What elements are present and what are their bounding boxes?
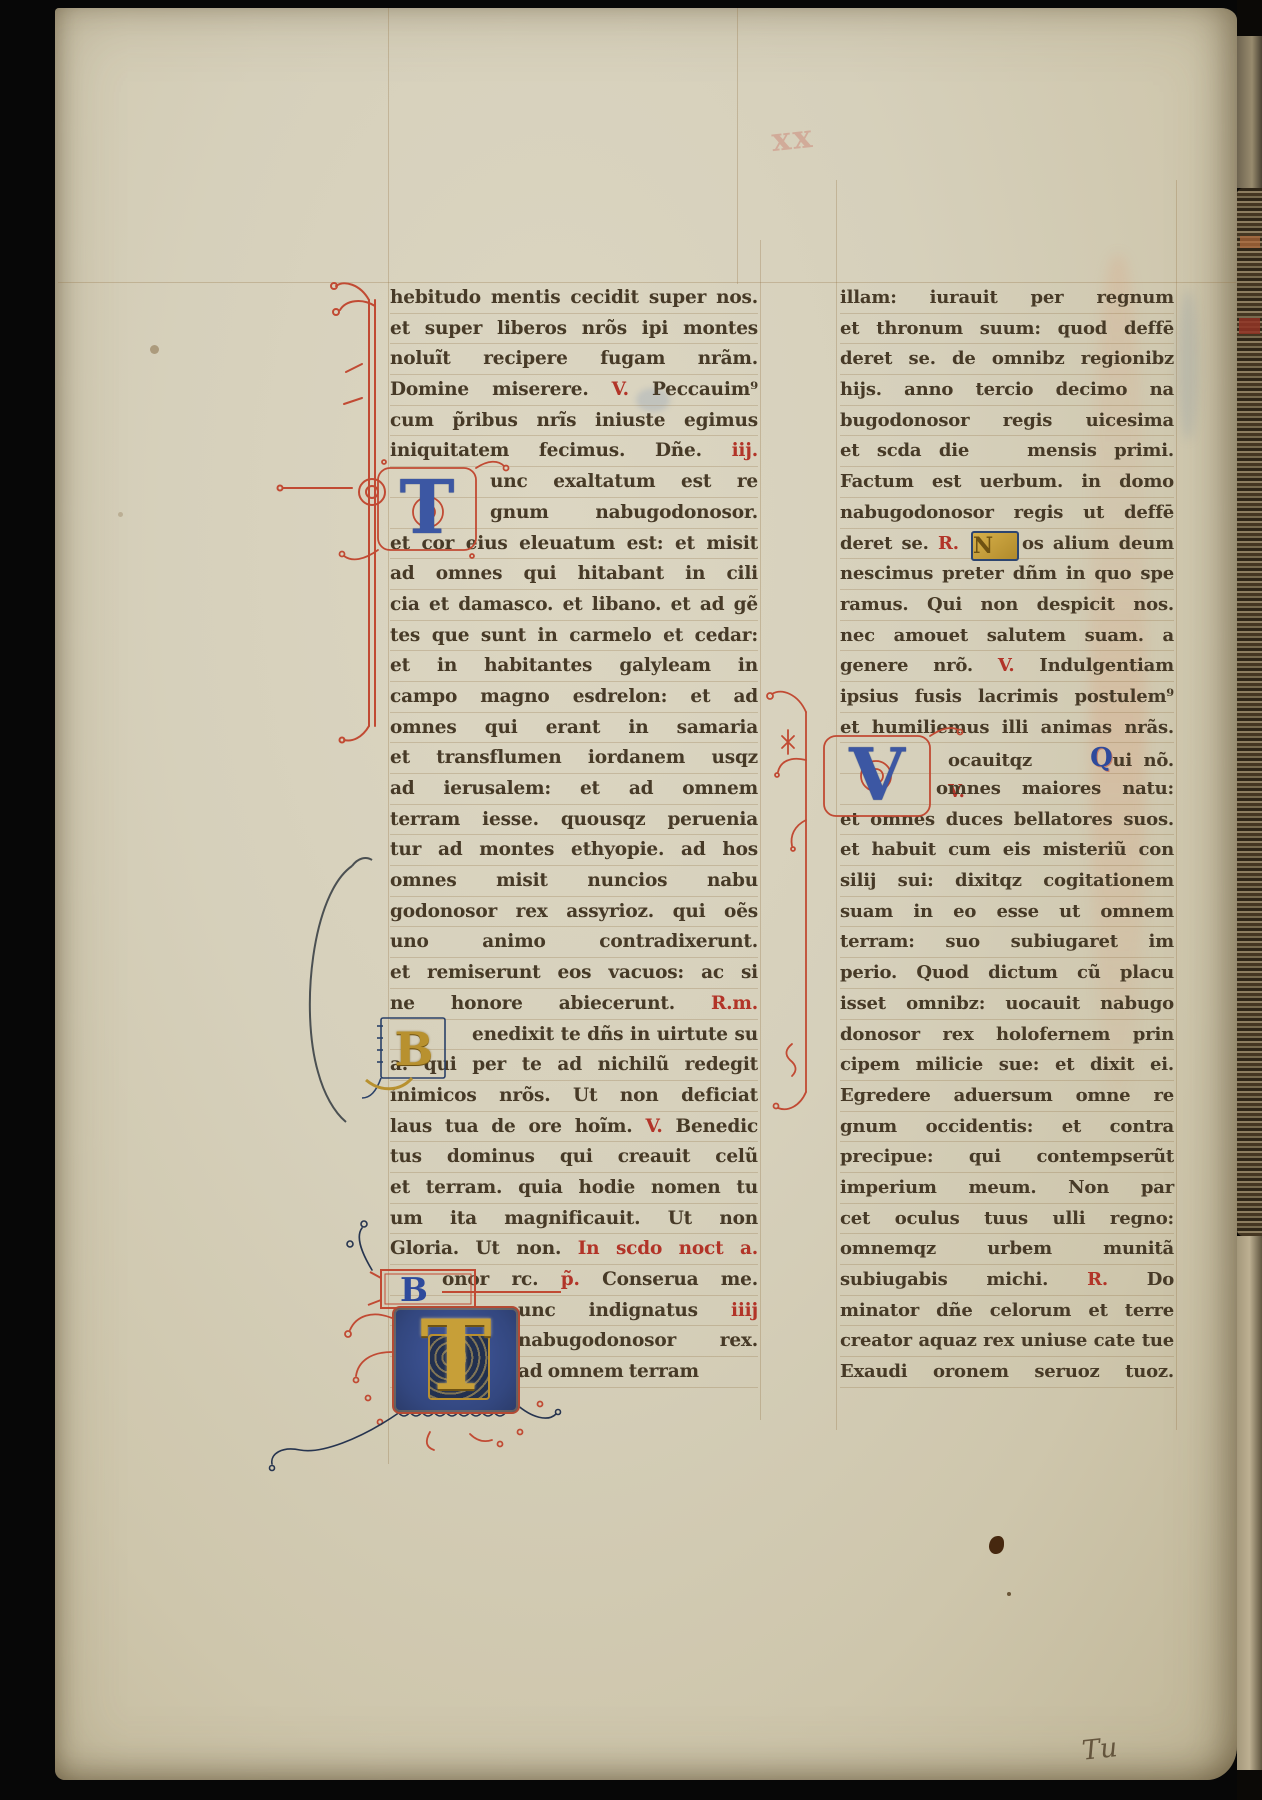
text-line: donosor rex holofernem prin — [840, 1020, 1174, 1051]
text-line: omnes qui erant in samaria — [390, 713, 758, 744]
text-line: a. qui per te ad nichilũ redegit — [390, 1050, 758, 1081]
rubric-text: In scdo noct a. — [578, 1238, 758, 1259]
text-line: campo magno esdrelon: et ad — [390, 682, 758, 713]
body-text: nescimus preter dñm in quo spe — [840, 563, 1174, 584]
rubric-text: iij. — [732, 440, 758, 461]
text-line: Factum est uerbum. in domo — [840, 467, 1174, 498]
text-line: ramus. Qui non despicit nos. — [840, 590, 1174, 621]
text-line: ne honore abiecerunt. R.m. — [390, 989, 758, 1020]
quire-mark: xx — [770, 115, 834, 167]
text-line: imperium meum. Non par — [840, 1173, 1174, 1204]
body-text: Gloria. Ut non. — [390, 1238, 578, 1259]
body-text: um ita magnificauit. Ut non — [390, 1208, 758, 1229]
rubric-text: iiij — [731, 1300, 758, 1321]
body-text: et remiserunt eos vacuos: ac si — [390, 962, 758, 983]
body-text: terram: suo subiugaret im — [840, 931, 1174, 952]
body-text: inimicos nrõs. Ut non deficiat — [390, 1085, 758, 1106]
text-line: deret se. R. Nos alium deum — [840, 529, 1174, 560]
text-line: deret se. de omnibz regionibz — [840, 344, 1174, 375]
body-text: ui nõ. — [1113, 750, 1174, 771]
body-text: creator aquaz rex uniuse cate tue — [840, 1330, 1174, 1351]
illuminated-initial-benedixit: B — [386, 1022, 442, 1076]
text-column-right: illam: iurauit per regnumet thronum suum… — [840, 283, 1174, 1388]
body-text: precipue: qui contempserũt — [840, 1146, 1174, 1167]
text-column-left: hebitudo mentis cecidit super nos.et sup… — [390, 283, 758, 1388]
text-line: et remiserunt eos vacuos: ac si — [390, 958, 758, 989]
body-text: N — [971, 531, 1019, 561]
text-line: tes que sunt in carmelo et cedar: — [390, 621, 758, 652]
text-line: Gloria. Ut non. In scdo noct a. — [390, 1234, 758, 1265]
body-text: Egredere aduersum omne re — [840, 1085, 1174, 1106]
body-text: ad omnes qui hitabant in cili — [390, 563, 758, 584]
text-line: iniquitatem fecimus. Dñe. iij. — [390, 436, 758, 467]
body-text: Conserua me. — [602, 1269, 758, 1290]
text-line: precipue: qui contempserũt — [840, 1142, 1174, 1173]
rubric-text: R.m. — [711, 993, 758, 1014]
initial-letter: T — [399, 465, 454, 551]
body-text: enedixit te dñs in uirtute su — [472, 1024, 758, 1045]
text-line: cipem milicie sue: et dixit ei. — [840, 1050, 1174, 1081]
body-text: ad omnem terram — [518, 1361, 699, 1382]
text-line: cet oculus tuus ulli regno: — [840, 1204, 1174, 1235]
rubric-text: V. — [612, 379, 652, 400]
body-text: ad ierusalem: et ad omnem — [390, 778, 758, 799]
body-text: uno animo contradixerunt. — [390, 931, 758, 952]
text-line: tus dominus qui creauit celũ — [390, 1142, 758, 1173]
body-text: Indulgentiam — [1039, 655, 1174, 676]
text-line: gnum occidentis: et contra — [840, 1112, 1174, 1143]
text-line: terram: suo subiugaret im — [840, 927, 1174, 958]
rubric-text: R. — [1087, 1269, 1147, 1290]
illuminated-initial-tunc: T — [376, 466, 478, 552]
body-text: a. qui per te ad nichilũ redegit — [390, 1054, 758, 1075]
body-text: hijs. anno tercio decimo na — [840, 379, 1174, 400]
body-text: Exaudi oronem seruoz tuoz. — [840, 1361, 1174, 1382]
body-text: iniquitatem fecimus. Dñe. — [390, 440, 732, 461]
text-line: ipsius fusis lacrimis postulem⁹ — [840, 682, 1174, 713]
text-line: ad omnes qui hitabant in cili — [390, 559, 758, 590]
body-text: tur ad montes ethyopie. ad hos — [390, 839, 758, 860]
text-line: um ita magnificauit. Ut non — [390, 1204, 758, 1235]
body-text: Benedic — [676, 1116, 758, 1137]
text-line: et terram. quia hodie nomen tu — [390, 1173, 758, 1204]
text-line: bugodonosor regis uicesima — [840, 406, 1174, 437]
body-text: godonosor rex assyrioz. qui oẽs — [390, 901, 758, 922]
ruling-line — [1176, 180, 1177, 1430]
fore-edge-pages — [1237, 0, 1262, 1800]
body-text: silij sui: dixitqz cogitationem — [840, 870, 1174, 891]
text-line: nec amouet salutem suam. a — [840, 621, 1174, 652]
body-text: nabugodonosor regis ut deffē — [840, 502, 1174, 523]
body-text: cet oculus tuus ulli regno: — [840, 1208, 1174, 1229]
text-line: et super liberos nrõs ipi montes — [390, 314, 758, 345]
body-text: omnemqz urbem munitã — [840, 1238, 1174, 1259]
text-line: Domine miserere. V. Peccauim⁹ — [390, 375, 758, 406]
body-text: et habuit cum eis misteriũ con — [840, 839, 1174, 860]
text-line: ad ierusalem: et ad omnem — [390, 774, 758, 805]
body-text: tus dominus qui creauit celũ — [390, 1146, 758, 1167]
body-text: ipsius fusis lacrimis postulem⁹ — [840, 686, 1174, 707]
text-line: perio. Quod dictum cũ placu — [840, 958, 1174, 989]
rubric-text: V. — [645, 1116, 675, 1137]
body-text: nabugodonosor rex. — [518, 1330, 758, 1351]
body-text: et in habitantes galyleam in — [390, 655, 758, 676]
text-line: silij sui: dixitqz cogitationem — [840, 866, 1174, 897]
body-text: Domine miserere. — [390, 379, 612, 400]
fore-edge-top — [1237, 36, 1262, 188]
text-line: Egredere aduersum omne re — [840, 1081, 1174, 1112]
stain — [150, 345, 159, 354]
body-text: nec amouet salutem suam. a — [840, 625, 1174, 646]
ruling-line — [737, 8, 738, 284]
body-text: omnes maiores natu: — [936, 778, 1174, 799]
initial-letter: T — [394, 1296, 518, 1416]
text-line: noluĩt recipere fugam nrãm. — [390, 344, 758, 375]
body-text: ramus. Qui non despicit nos. — [840, 594, 1174, 615]
body-text: cipem milicie sue: et dixit ei. — [840, 1054, 1174, 1075]
text-line: onor rc. p̃. Conserua me. — [390, 1265, 758, 1296]
body-text: et transflumen iordanem usqz — [390, 747, 758, 768]
text-line: nabugodonosor regis ut deffē — [840, 498, 1174, 529]
body-text: bugodonosor regis uicesima — [840, 410, 1174, 431]
body-text: cum p̃ribus nrĩs iniuste egimus — [390, 410, 758, 431]
body-text: subiugabis michi. — [840, 1269, 1087, 1290]
illuminated-initial-vocavit: V — [824, 734, 930, 818]
text-line: genere nrõ. V. Indulgentiam — [840, 651, 1174, 682]
body-text: omnes qui erant in samaria — [390, 717, 758, 738]
text-line: et thronum suum: quod deffē — [840, 314, 1174, 345]
text-line: laus tua de ore hoĩm. V. Benedic — [390, 1112, 758, 1143]
body-text: unc exaltatum est re — [490, 471, 758, 492]
text-line: suam in eo esse ut omnem — [840, 897, 1174, 928]
text-line: Exaudi oronem seruoz tuoz. — [840, 1357, 1174, 1388]
fore-edge-text-band — [1237, 188, 1262, 1236]
text-line: illam: iurauit per regnum — [840, 283, 1174, 314]
body-text: mensis primi. — [1027, 440, 1174, 461]
text-line: omnes misit nuncios nabu — [390, 866, 758, 897]
text-line: enedixit te dñs in uirtute su — [390, 1020, 758, 1051]
body-text: genere nrõ. — [840, 655, 998, 676]
body-text: et terram. quia hodie nomen tu — [390, 1177, 758, 1198]
body-text: noluĩt recipere fugam nrãm. — [390, 348, 758, 369]
body-text: deret se. — [840, 533, 938, 554]
body-text: unc indignatus — [518, 1300, 731, 1321]
text-line: subiugabis michi. R. Do — [840, 1265, 1174, 1296]
rubric-text: R. — [938, 533, 968, 554]
text-line: nescimus preter dñm in quo spe — [840, 559, 1174, 590]
photo-background: xx hebitudo mentis cecidit super nos.et … — [0, 0, 1262, 1800]
text-line: godonosor rex assyrioz. qui oẽs — [390, 897, 758, 928]
body-text: et thronum suum: quod deffē — [840, 318, 1174, 339]
body-text: gnum nabugodonosor. — [490, 502, 758, 523]
body-text: suam in eo esse ut omnem — [840, 901, 1174, 922]
text-line: et habuit cum eis misteriũ con — [840, 835, 1174, 866]
initial-letter: B — [395, 1022, 434, 1076]
body-text: cia et damasco. et libano. et ad gẽ — [390, 594, 758, 615]
body-text: et scda die — [840, 440, 969, 461]
text-line: creator aquaz rex uniuse cate tue — [840, 1326, 1174, 1357]
text-line: et transflumen iordanem usqz — [390, 743, 758, 774]
body-text: campo magno esdrelon: et ad — [390, 686, 758, 707]
body-text: os alium deum — [1022, 533, 1174, 554]
body-text: et super liberos nrõs ipi montes — [390, 318, 758, 339]
initial-letter: V — [849, 732, 905, 817]
body-text: perio. Quod dictum cũ placu — [840, 962, 1174, 983]
body-text: tes que sunt in carmelo et cedar: — [390, 625, 758, 646]
ruling-line — [388, 8, 389, 1464]
fore-edge-red-fleck — [1239, 318, 1260, 334]
body-text: Q — [1090, 743, 1112, 773]
rubric-text: p̃. — [561, 1269, 602, 1290]
text-line: et in habitantes galyleam in — [390, 651, 758, 682]
text-line: hijs. anno tercio decimo na — [840, 375, 1174, 406]
body-text: gnum occidentis: et contra — [840, 1116, 1174, 1137]
body-text: Peccauim⁹ — [652, 379, 758, 400]
ruling-line — [760, 240, 761, 1420]
stain — [118, 512, 123, 517]
body-text: hebitudo mentis cecidit super nos. — [390, 287, 758, 308]
text-line: tur ad montes ethyopie. ad hos — [390, 835, 758, 866]
body-text: ocauitqz — [948, 750, 1032, 771]
body-text: isset omnibz: uocauit nabugo — [840, 993, 1174, 1014]
fore-edge-orange-fleck — [1240, 236, 1260, 248]
text-line: cia et damasco. et libano. et ad gẽ — [390, 590, 758, 621]
body-text: minator dñe celorum et terre — [840, 1300, 1174, 1321]
text-line: et scda diemensis primi. — [840, 436, 1174, 467]
body-text: onor rc. — [442, 1269, 561, 1293]
body-text: ne honore abiecerunt. — [390, 993, 711, 1014]
body-text: laus tua de ore hoĩm. — [390, 1116, 645, 1137]
fore-edge-bottom — [1237, 1236, 1262, 1770]
body-text: terram iesse. quousqz peruenia — [390, 809, 758, 830]
body-text: illam: iurauit per regnum — [840, 287, 1174, 308]
text-line: uno animo contradixerunt. — [390, 927, 758, 958]
body-text: Factum est uerbum. in domo — [840, 471, 1174, 492]
text-line: isset omnibz: uocauit nabugo — [840, 989, 1174, 1020]
text-line: omnemqz urbem munitã — [840, 1234, 1174, 1265]
text-line: minator dñe celorum et terre — [840, 1296, 1174, 1327]
text-line: terram iesse. quousqz peruenia — [390, 805, 758, 836]
body-text: imperium meum. Non par — [840, 1177, 1174, 1198]
text-line: hebitudo mentis cecidit super nos. — [390, 283, 758, 314]
rubric-text: V. — [998, 655, 1040, 676]
illuminated-initial-tunc-indignatus: T — [392, 1306, 520, 1414]
text-line: inimicos nrõs. Ut non deficiat — [390, 1081, 758, 1112]
body-text: omnes misit nuncios nabu — [390, 870, 758, 891]
body-text: deret se. de omnibz regionibz — [840, 348, 1174, 369]
body-text: Do — [1147, 1269, 1174, 1290]
body-text: donosor rex holofernem prin — [840, 1024, 1174, 1045]
catchword: Tu — [1080, 1732, 1118, 1767]
text-line: cum p̃ribus nrĩs iniuste egimus — [390, 406, 758, 437]
